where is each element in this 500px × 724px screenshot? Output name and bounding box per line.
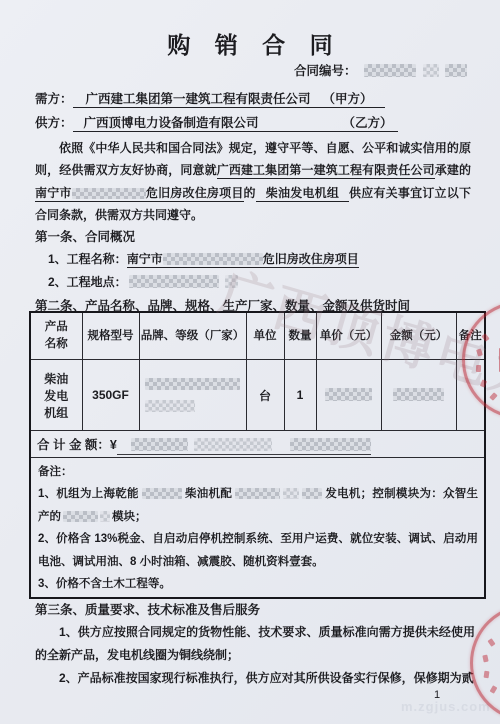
buyer-label: 需方： [35,92,73,106]
site-watermark: m.zgjus.com [401,699,491,714]
col-header-unit: 单位 [246,312,284,360]
section3-heading: 第三条、质量要求、技术标准及售后服务 [35,600,260,618]
col-header-model: 规格型号 [82,312,139,360]
table-notes-row: 备注： 1、机组为上海乾能柴油机配发电机；控制模块为：众智生产的模块； 2、价格… [30,458,485,599]
redacted-project-location [225,275,238,288]
contract-number-line: 合同编号： [294,61,467,79]
note-1: 1、机组为上海乾能柴油机配发电机；控制模块为：众智生产的模块； [38,483,478,528]
supplier-label: 供方： [35,116,73,130]
notes-label: 备注： [38,461,478,483]
redacted-total-amount [194,438,272,451]
redacted-engine-model [142,488,182,499]
cell-brand [139,360,246,431]
redacted-brand [145,400,195,412]
document-title: 购 销 合 同 [0,27,500,60]
section3-para2: 2、产品标准按国家现行标准执行，供方应对其所供设备实行保修，保修期为贰 [35,667,480,690]
col-header-unit-price: 单价（元） [316,312,381,360]
project-name-label: 1、工程名称： [48,252,127,266]
col-header-product: 产品名称 [30,312,82,360]
preamble-project-name: 危旧房改住房项目 [146,186,244,200]
redacted-module-model [63,511,98,522]
project-name-line: 1、工程名称：南宁市危旧房改住房项目 [48,250,359,267]
project-location-line: 2、工程地点： [48,273,238,290]
preamble-builder-name: 广西建工集团第一建筑工程有限责任公司 [217,163,435,179]
preamble-text: 的 [244,186,256,200]
contract-number-label: 合同编号： [294,64,357,78]
cell-amount [381,360,456,431]
redacted-brand [145,378,240,390]
supplier-name: 广西顶博电力设备制造有限公司 [84,116,259,130]
redacted-alternator [235,488,280,499]
table-header-row: 产品名称 规格型号 品牌、等级（厂家） 单位 数量 单价（元） 金额（元） 备注 [30,312,485,360]
section3-para1: 1、供方应按照合同规定的货物性能、技术要求、质量标准向需方提供未经使用的全新产品… [35,621,475,667]
redacted-alternator [283,488,299,499]
redacted-alternator [302,488,322,499]
project-name: 危旧房改住房项目 [263,252,359,266]
redacted-total-amount [131,438,188,451]
redacted-module-model [100,511,110,522]
col-header-amount: 金额（元） [381,312,456,360]
cell-unit-price [316,360,381,431]
project-city: 南宁市 [127,252,163,266]
contract-preamble: 依照《中华人民共和国合同法》规定，遵守平等、自愿、公平和诚实信用的原则，经供需双… [35,137,471,226]
supplier-role: （乙方） [343,116,393,130]
redacted-contract-number [445,64,467,77]
buyer-line: 需方：广西建工集团第一建筑工程有限责任公司（甲方） [35,89,385,107]
total-amount-label: 合 计 金 额：¥ [37,438,117,452]
note-3: 3、价格不含土木工程等。 [38,573,478,595]
cell-product: 柴油发电机组 [30,360,82,431]
preamble-product: 柴油发电机组 [256,186,349,202]
redacted-project-location [129,275,219,288]
cell-model: 350GF [82,360,139,431]
cell-unit: 台 [246,360,284,431]
note-2: 2、价格含 13%税金、自启动启停机控制系统、至用户运费、就位安装、调试、启动用… [38,528,478,573]
products-table: 产品名称 规格型号 品牌、等级（厂家） 单位 数量 单价（元） 金额（元） 备注… [29,311,486,599]
supplier-line: 供方：广西顶博电力设备制造有限公司（乙方） [35,113,398,131]
cell-qty: 1 [284,360,316,431]
redacted-project-name [163,253,263,265]
buyer-role: （甲方） [323,92,373,106]
preamble-project-city: 南宁市 [35,186,72,200]
redacted-contract-number [364,64,416,77]
redacted-project-name [72,188,146,199]
section1-heading: 第一条、合同概况 [35,227,135,245]
project-location-label: 2、工程地点： [48,275,127,289]
total-amount-row: 合 计 金 额：¥ [30,431,485,458]
col-header-qty: 数量 [284,312,316,360]
redacted-amount [393,388,444,401]
redacted-total-amount [290,438,371,451]
table-row: 柴油发电机组 350GF 台 1 [30,360,485,431]
redacted-contract-number [423,64,439,77]
contract-document-page: 广西顶博电力 购 销 合 同 合同编号： 需方：广西建工集团第一建筑工程有限责任… [0,0,500,724]
redacted-unit-price [325,388,372,401]
col-header-brand: 品牌、等级（厂家） [139,312,246,360]
preamble-text: 承建的 [435,163,471,177]
buyer-name: 广西建工集团第一建筑工程有限责任公司 [86,92,311,106]
